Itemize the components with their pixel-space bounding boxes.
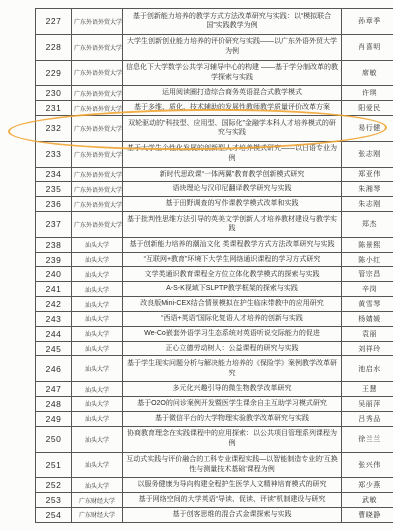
table-row: 238 汕头大学 基于创新能力培养的潮汕文化 类课程教学方式方法改革研究与实践 …	[36, 237, 393, 252]
project-number: 240	[36, 267, 72, 282]
project-leader: 肖喜明	[342, 34, 393, 60]
university-name: 汕头大学	[72, 311, 123, 326]
project-title: 新时代思政课“一体两翼”教育教学创新模式研究	[123, 167, 342, 182]
project-title: 以服务健康为导向构建全程护生医学人文精神培育模式的研究	[123, 478, 342, 493]
project-leader: 徐兰兰	[342, 426, 393, 452]
project-number: 233	[36, 141, 72, 167]
university-name: 广东外语外贸大学	[72, 116, 123, 142]
project-leader: 席敏	[342, 60, 393, 86]
project-number: 251	[36, 452, 72, 478]
table-row: 234 广东外语外贸大学 新时代思政课“一体两翼”教育教学创新模式研究 郑亚伟	[36, 167, 393, 182]
project-leader: 郑亚伟	[342, 167, 393, 182]
project-number: 246	[36, 356, 72, 382]
project-leader: 孙章季	[342, 9, 393, 35]
project-title: 基于网络空间的大学英语“导读、促读、评读”机制建设与研究	[123, 493, 342, 508]
project-number: 235	[36, 182, 72, 197]
university-name: 广东外语外贸大学	[72, 212, 123, 238]
project-title: 文学类通识教育课程全方位立体化教学模式的探索与实践	[123, 267, 342, 282]
project-number: 228	[36, 34, 72, 60]
project-title: 运用阅读圈打造综合商务英语混合式教学模式	[123, 86, 342, 101]
project-title: 基于田野调查的写作课教学模式改革和实践	[123, 197, 342, 212]
project-leader: 池启水	[342, 356, 393, 382]
project-number: 243	[36, 311, 72, 326]
table-row: 235 广东外语外贸大学 语块理论与汉印尼翻译教学研究与实践 朱湘琴	[36, 182, 393, 197]
table-row: 233 广东外语外贸大学 基于大学生个性化发展的创新型人才培养模式研究——以日语…	[36, 141, 393, 167]
university-name: 广东外语外贸大学	[72, 197, 123, 212]
project-title: A-S-K视域下SLPTP教学框架的探索与实践	[123, 282, 342, 297]
project-title: 信息化下大学数学公共学习辅导中心的构建 ——基于学分制改革的教学探索与实践	[123, 60, 342, 86]
table-row: 244 汕头大学 We-Co嵌套外语学习生态系统对英语听说交际能力的促进 袁丽	[36, 326, 393, 341]
table-row: 242 汕头大学 改良版Mini-CEX结合情景模拟在护生临床带教中的应用研究 …	[36, 297, 393, 312]
project-title: 多元化兴趣引导的微生物教学改革研究	[123, 382, 342, 397]
university-name: 广东财经大学	[72, 493, 123, 508]
university-name: 汕头大学	[72, 397, 123, 412]
table-row: 253 广东财经大学 基于网络空间的大学英语“导读、促读、评读”机制建设与研究 …	[36, 493, 393, 508]
table-row: 254 广东财经大学 基于创客思维的混合式金课探索与实践 曹晓静	[36, 507, 393, 522]
project-title: “西语+英语”国际化复语人才培养的创新与实践	[123, 311, 342, 326]
table-row: 231 广东外语外贸大学 基于多维、质化、技术辅助的发展性教师教学质量评价改革方…	[36, 101, 393, 116]
scanned-document-page: 227 广东外语外贸大学 基于创新能力培养的教学方式方法改革研究与实践：以“模拟…	[0, 0, 393, 531]
table-row: 252 汕头大学 以服务健康为导向构建全程护生医学人文精神培育模式的研究 郑少燕	[36, 478, 393, 493]
projects-table-body: 227 广东外语外贸大学 基于创新能力培养的教学方式方法改革研究与实践：以“模拟…	[36, 9, 393, 523]
table-row: 237 广东外语外贸大学 基于批判性思维方法引导的英美文学创新人才培养教材建设与…	[36, 212, 393, 238]
project-title: 基于创客思维的混合式金课探索与实践	[123, 507, 342, 522]
table-row: 246 汕头大学 基于学生现实问题分析与解决能力培养的《保险学》案例教学改革研究…	[36, 356, 393, 382]
project-leader: 黄雪琴	[342, 297, 393, 312]
table-row: 230 广东外语外贸大学 运用阅读圈打造综合商务英语混合式教学模式 许琪	[36, 86, 393, 101]
project-number: 247	[36, 382, 72, 397]
project-leader: 曹晓静	[342, 507, 393, 522]
project-title: 双轮驱动的“科技型、应用型、国际化”金融学本科人才培养模式的研究与实践	[123, 116, 342, 142]
project-number: 249	[36, 411, 72, 426]
project-number: 239	[36, 252, 72, 267]
project-number: 244	[36, 326, 72, 341]
project-title: 语块理论与汉印尼翻译教学研究与实践	[123, 182, 342, 197]
table-row: 236 广东外语外贸大学 基于田野调查的写作课教学模式改革和实践 朱志刚	[36, 197, 393, 212]
project-title: 基于大学生个性化发展的创新型人才培养模式研究——以日语专业为例	[123, 141, 342, 167]
table-row: 247 汕头大学 多元化兴趣引导的微生物教学改革研究 王慧	[36, 382, 393, 397]
project-leader: 阳爱民	[342, 101, 393, 116]
university-name: 广东外语外贸大学	[72, 86, 123, 101]
project-leader: 朱志刚	[342, 197, 393, 212]
project-title: 协商教育理念在实践课程中的应用探索：以公共项目管理系列课程为例	[123, 426, 342, 452]
project-leader: 陈小红	[342, 252, 393, 267]
project-title: 正心立德劳动树人：公益课程的研究与实践	[123, 341, 342, 356]
university-name: 汕头大学	[72, 382, 123, 397]
project-leader: 张兴伟	[342, 452, 393, 478]
project-title: 大学生创新创业能力培养的评价研究与实践——以广东外语外贸大学为例	[123, 34, 342, 60]
project-title: We-Co嵌套外语学习生态系统对英语听说交际能力的促进	[123, 326, 342, 341]
table-row: 245 汕头大学 正心立德劳动树人：公益课程的研究与实践 刘祥玲	[36, 341, 393, 356]
university-name: 广东外语外贸大学	[72, 182, 123, 197]
project-number: 250	[36, 426, 72, 452]
table-row: 248 汕头大学 基于O2O的问诊案例开发暨医学生课余自主互助学习模式研究 吴丽…	[36, 397, 393, 412]
project-title: 互动式实践与评价融合的工科专业课程实践—以智能制造专业的‘互换性与测量技术基础’…	[123, 452, 342, 478]
project-number: 227	[36, 9, 72, 35]
project-number: 254	[36, 507, 72, 522]
projects-table: 227 广东外语外贸大学 基于创新能力培养的教学方式方法改革研究与实践：以“模拟…	[35, 8, 393, 523]
project-leader: 张志刚	[342, 141, 393, 167]
project-number: 238	[36, 237, 72, 252]
project-leader: 王慧	[342, 382, 393, 397]
university-name: 汕头大学	[72, 426, 123, 452]
table-row: 229 广东外语外贸大学 信息化下大学数学公共学习辅导中心的构建 ——基于学分制…	[36, 60, 393, 86]
table-row: 239 汕头大学 “互联网+教育”环境下大学生网络通识课程的学习方式研究 陈小红	[36, 252, 393, 267]
project-number: 231	[36, 101, 72, 116]
university-name: 汕头大学	[72, 411, 123, 426]
project-title: 基于O2O的问诊案例开发暨医学生课余自主互助学习模式研究	[123, 397, 342, 412]
project-number: 248	[36, 397, 72, 412]
university-name: 汕头大学	[72, 326, 123, 341]
project-leader: 管宗昌	[342, 267, 393, 282]
university-name: 广东外语外贸大学	[72, 34, 123, 60]
university-name: 汕头大学	[72, 267, 123, 282]
project-leader: 郑少燕	[342, 478, 393, 493]
project-title: 基于创新能力培养的潮汕文化 类课程教学方式方法改革研究与实践	[123, 237, 342, 252]
university-name: 广东外语外贸大学	[72, 60, 123, 86]
project-title: 基于多维、质化、技术辅助的发展性教师教学质量评价改革方案	[123, 101, 342, 116]
project-leader: 许琪	[342, 86, 393, 101]
university-name: 汕头大学	[72, 478, 123, 493]
university-name: 广东外语外贸大学	[72, 141, 123, 167]
university-name: 汕头大学	[72, 356, 123, 382]
project-title: 基于学生现实问题分析与解决能力培养的《保险学》案例教学改革研究	[123, 356, 342, 382]
university-name: 广东外语外贸大学	[72, 9, 123, 35]
project-number: 232	[36, 116, 72, 142]
university-name: 汕头大学	[72, 341, 123, 356]
university-name: 广东财经大学	[72, 507, 123, 522]
table-row: 251 汕头大学 互动式实践与评价融合的工科专业课程实践—以智能制造专业的‘互换…	[36, 452, 393, 478]
project-leader: 郑杰	[342, 212, 393, 238]
project-leader: 易行健	[342, 116, 393, 142]
project-leader: 吴丽萍	[342, 397, 393, 412]
table-row: 249 汕头大学 基于微信平台的大学物理实验教学改革研究与实践 吕秀品	[36, 411, 393, 426]
project-leader: 杨婧媛	[342, 311, 393, 326]
university-name: 汕头大学	[72, 237, 123, 252]
project-number: 234	[36, 167, 72, 182]
project-number: 253	[36, 493, 72, 508]
university-name: 汕头大学	[72, 452, 123, 478]
university-name: 汕头大学	[72, 252, 123, 267]
project-number: 229	[36, 60, 72, 86]
project-number: 230	[36, 86, 72, 101]
project-title: 基于创新能力培养的教学方式方法改革研究与实践：以“模拟联合国”实践教学为例	[123, 9, 342, 35]
table-row: 228 广东外语外贸大学 大学生创新创业能力培养的评价研究与实践——以广东外语外…	[36, 34, 393, 60]
university-name: 广东外语外贸大学	[72, 167, 123, 182]
project-title: 改良版Mini-CEX结合情景模拟在护生临床带教中的应用研究	[123, 297, 342, 312]
project-title: “互联网+教育”环境下大学生网络通识课程的学习方式研究	[123, 252, 342, 267]
university-name: 汕头大学	[72, 297, 123, 312]
project-leader: 朱湘琴	[342, 182, 393, 197]
project-number: 241	[36, 282, 72, 297]
project-leader: 武敏	[342, 493, 393, 508]
project-number: 237	[36, 212, 72, 238]
project-number: 242	[36, 297, 72, 312]
university-name: 汕头大学	[72, 282, 123, 297]
project-leader: 陈景熙	[342, 237, 393, 252]
project-leader: 吕秀品	[342, 411, 393, 426]
project-title: 基于微信平台的大学物理实验教学改革研究与实践	[123, 411, 342, 426]
table-row: 250 汕头大学 协商教育理念在实践课程中的应用探索：以公共项目管理系列课程为例…	[36, 426, 393, 452]
project-leader: 刘祥玲	[342, 341, 393, 356]
table-row: 243 汕头大学 “西语+英语”国际化复语人才培养的创新与实践 杨婧媛	[36, 311, 393, 326]
project-leader: 袁丽	[342, 326, 393, 341]
table-row: 232 广东外语外贸大学 双轮驱动的“科技型、应用型、国际化”金融学本科人才培养…	[36, 116, 393, 142]
table-row: 241 汕头大学 A-S-K视域下SLPTP教学框架的探索与实践 辛岗	[36, 282, 393, 297]
project-number: 252	[36, 478, 72, 493]
project-leader: 辛岗	[342, 282, 393, 297]
project-number: 236	[36, 197, 72, 212]
university-name: 广东外语外贸大学	[72, 101, 123, 116]
table-row: 240 汕头大学 文学类通识教育课程全方位立体化教学模式的探索与实践 管宗昌	[36, 267, 393, 282]
project-number: 245	[36, 341, 72, 356]
table-row: 227 广东外语外贸大学 基于创新能力培养的教学方式方法改革研究与实践：以“模拟…	[36, 9, 393, 35]
project-title: 基于批判性思维方法引导的英美文学创新人才培养教材建设与教学实践	[123, 212, 342, 238]
